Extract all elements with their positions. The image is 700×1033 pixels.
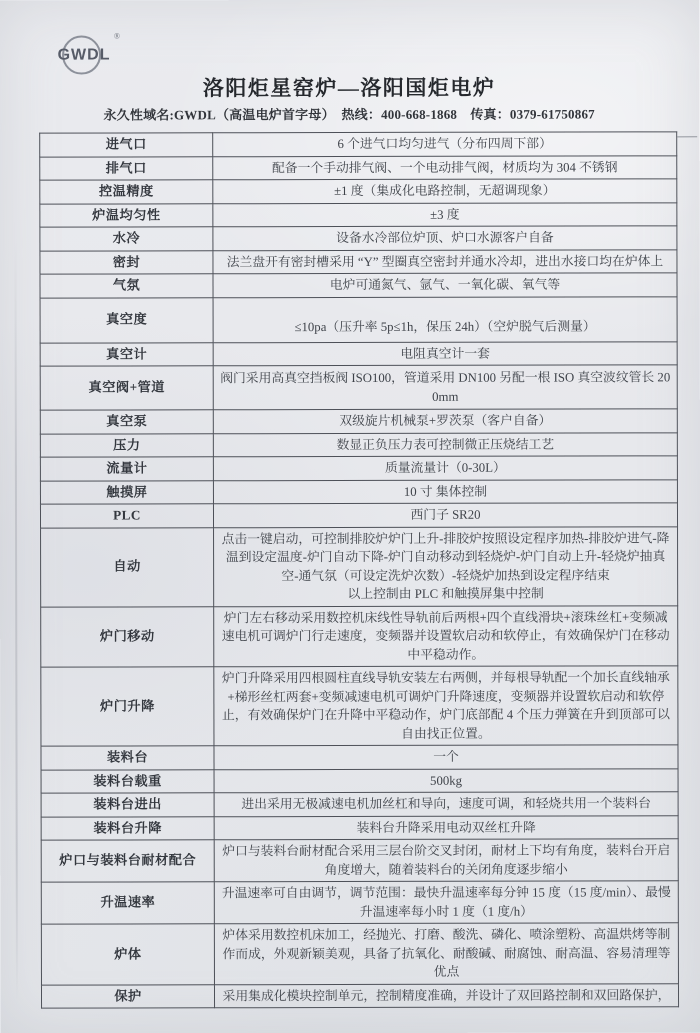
spec-row: 真空度≤10pa（压升率 5p≤1h，保压 24h）（空炉脱气后测量）: [40, 296, 677, 342]
spec-row: 升温速率升温速率可自由调节，调节范围：最快升温速率每分钟 15 度（15 度/m…: [41, 881, 678, 924]
spec-table: 进气口6 个进气口均匀进气（分布四周下部）排气口配备一个手动排气阀、一个电动排气…: [39, 131, 679, 1008]
spec-row: 密封法兰盘开有密封槽采用 “Y” 型圈真空密封并通水冷却，进出水接口均在炉体上: [40, 249, 677, 274]
spec-value-cell: ≤10pa（压升率 5p≤1h，保压 24h）（空炉脱气后测量）: [213, 296, 677, 342]
spec-row: 装料台升降装料台升降采用电动双丝杠升降: [41, 815, 678, 840]
spec-row: 装料台进出进出采用无极减速电机加丝杠和导向，速度可调，和轻烧共用一个装料台: [41, 792, 678, 817]
spec-row: 真空泵双级旋片机械泵+罗茨泵（客户自备）: [40, 409, 677, 434]
spec-label-cell: 控温精度: [40, 180, 213, 204]
spec-row: 压力数显正负压力表可控制微正压烧结工艺: [40, 432, 677, 457]
spec-label-cell: 炉门升降: [41, 667, 214, 746]
spec-value-cell: 质量流量计（0-30L）: [213, 456, 677, 480]
spec-label-cell: 真空阀+管道: [40, 366, 213, 410]
spec-row: 保护采用集成化模块控制单元，控制精度准确，并设计了双回路控制和双回路保护，: [41, 983, 678, 1008]
spec-value-cell: 炉体采用数控机床加工，经抛光、打磨、酸洗、磷化、喷涂塑粉、高温烘烤等制作而成，外…: [214, 923, 678, 984]
spec-value-cell: ±1 度（集成化电路控制，无超调现象）: [213, 179, 677, 203]
spec-label-cell: 炉体: [41, 924, 214, 985]
spec-value-cell: 法兰盘开有密封槽采用 “Y” 型圈真空密封并通水冷却，进出水接口均在炉体上: [213, 249, 677, 273]
spec-row: 炉温均匀性±3 度: [40, 202, 677, 227]
spec-value-cell: 进出采用无极减速电机加丝杠和导向，速度可调，和轻烧共用一个装料台: [214, 792, 678, 816]
spec-value-cell: 升温速率可自由调节，调节范围：最快升温速率每分钟 15 度（15 度/min）、…: [214, 881, 678, 924]
spec-row: 自动点击一键启动，可控制排胶炉炉门上升-排胶炉按照设定程序加热-排胶炉进气-降温…: [41, 526, 678, 606]
spec-label-cell: PLC: [40, 504, 213, 528]
spec-value-cell: 10 寸 集体控制: [213, 479, 677, 503]
spec-row: 控温精度±1 度（集成化电路控制，无超调现象）: [40, 179, 677, 204]
spec-label-cell: 触摸屏: [40, 480, 213, 504]
spec-value-cell: 炉口与装料台耐材配合采用三层台阶交叉封闭，耐材上下均有角度，装料台开启角度增大，…: [214, 839, 678, 882]
scanned-spec-sheet: GWDL ® 洛阳炬星窑炉—洛阳国炬电炉 永久性域名:GWDL（高温电炉首字母）…: [0, 0, 700, 1033]
spec-label-cell: 装料台载重: [41, 769, 214, 793]
scan-artifact-line: [677, 136, 697, 137]
spec-value-cell: 双级旋片机械泵+罗茨泵（客户自备）: [213, 409, 677, 433]
spec-value-cell: ±3 度: [213, 202, 677, 226]
spec-value-cell: 西门子 SR20: [213, 503, 677, 527]
spec-value-cell: 设备水冷部位炉顶、炉口水源客户自备: [213, 226, 677, 250]
spec-label-cell: 装料台进出: [41, 793, 214, 817]
spec-label-cell: 水冷: [40, 227, 213, 251]
spec-label-cell: 炉门移动: [41, 606, 214, 667]
spec-label-cell: 气氛: [40, 274, 213, 298]
spec-value-cell: 装料台升降采用电动双丝杠升降: [214, 815, 678, 839]
spec-value-cell: 500kg: [214, 768, 678, 792]
spec-row: 炉体炉体采用数控机床加工，经抛光、打磨、酸洗、磷化、喷涂塑粉、高温烘烤等制作而成…: [41, 923, 678, 985]
spec-value-cell: 阀门采用高真空挡板阀 ISO100，管道采用 DN100 另配一根 ISO 真空…: [213, 365, 677, 410]
spec-value-cell: 数显正负压力表可控制微正压烧结工艺: [213, 432, 677, 456]
spec-value-cell: 6 个进气口均匀进气（分布四周下部）: [213, 132, 677, 156]
spec-label-cell: 流量计: [40, 457, 213, 481]
registered-trademark-icon: ®: [114, 31, 120, 40]
spec-row: 炉门移动炉门左右移动采用数控机床线性导轨前后两根+四个直线滑块+滚珠丝杠+变频减…: [41, 605, 678, 667]
spec-label-cell: 炉口与装料台耐材配合: [41, 840, 214, 882]
spec-row: 水冷设备水冷部位炉顶、炉口水源客户自备: [40, 226, 677, 251]
spec-value-cell: 炉门左右移动采用数控机床线性导轨前后两根+四个直线滑块+滚珠丝杠+变频减速电机可…: [214, 605, 678, 666]
spec-value-cell: 配备一个手动排气阀、一个电动排气阀，材质均为 304 不锈钢: [213, 155, 677, 179]
spec-label-cell: 真空计: [40, 342, 213, 366]
spec-row: 炉门升降炉门升降采用四根圆柱直线导轨安装左右两侧，并每根导轨配一个加长直线轴承+…: [41, 666, 678, 746]
spec-value-cell: 电炉可通氮气、氩气、一氧化碳、氧气等: [213, 273, 677, 297]
spec-label-cell: 真空度: [40, 297, 213, 342]
spec-label-cell: 升温速率: [41, 882, 214, 924]
scan-edge-streak: [14, 241, 18, 1001]
spec-value-cell: 电阻真空计一套: [213, 341, 677, 365]
page-title: 洛阳炬星窑炉—洛阳国炬电炉: [0, 71, 699, 102]
spec-row: 真空阀+管道阀门采用高真空挡板阀 ISO100，管道采用 DN100 另配一根 …: [40, 365, 677, 410]
spec-table-body: 进气口6 个进气口均匀进气（分布四周下部）排气口配备一个手动排气阀、一个电动排气…: [40, 132, 679, 1008]
spec-row: 气氛电炉可通氮气、氩气、一氧化碳、氧气等: [40, 273, 677, 298]
spec-label-cell: 进气口: [40, 133, 213, 157]
spec-row: 触摸屏10 寸 集体控制: [40, 479, 677, 504]
spec-row: 进气口6 个进气口均匀进气（分布四周下部）: [40, 132, 677, 157]
spec-row: 炉口与装料台耐材配合炉口与装料台耐材配合采用三层台阶交叉封闭，耐材上下均有角度，…: [41, 839, 678, 882]
spec-label-cell: 装料台升降: [41, 816, 214, 840]
spec-label-cell: 自动: [41, 527, 214, 606]
spec-label-cell: 排气口: [40, 156, 213, 180]
spec-label-cell: 密封: [40, 250, 213, 274]
spec-value-cell: 一个: [214, 745, 678, 769]
spec-row: 排气口配备一个手动排气阀、一个电动排气阀，材质均为 304 不锈钢: [40, 155, 677, 180]
spec-row: 真空计电阻真空计一套: [40, 341, 677, 366]
spec-label-cell: 炉温均匀性: [40, 203, 213, 227]
spec-row: 装料台一个: [41, 745, 678, 770]
spec-value-cell: 点击一键启动，可控制排胶炉炉门上升-排胶炉按照设定程序加热-排胶炉进气-降温到设…: [214, 526, 678, 606]
spec-row: 流量计质量流量计（0-30L）: [40, 456, 677, 481]
spec-value-cell: 采用集成化模块控制单元，控制精度准确，并设计了双回路控制和双回路保护，: [214, 983, 678, 1007]
contact-info-line: 永久性域名:GWDL（高温电炉首字母） 热线：400-668-1868 传真：0…: [0, 103, 699, 123]
spec-row: 装料台载重500kg: [41, 768, 678, 793]
spec-label-cell: 真空泵: [40, 410, 213, 434]
spec-label-cell: 压力: [40, 433, 213, 457]
spec-row: PLC西门子 SR20: [40, 503, 677, 528]
spec-label-cell: 装料台: [41, 746, 214, 770]
spec-value-cell: 炉门升降采用四根圆柱直线导轨安装左右两侧，并每根导轨配一个加长直线轴承+梯形丝杠…: [214, 666, 678, 746]
logo-text: GWDL: [49, 46, 119, 64]
spec-label-cell: 保护: [41, 984, 214, 1008]
